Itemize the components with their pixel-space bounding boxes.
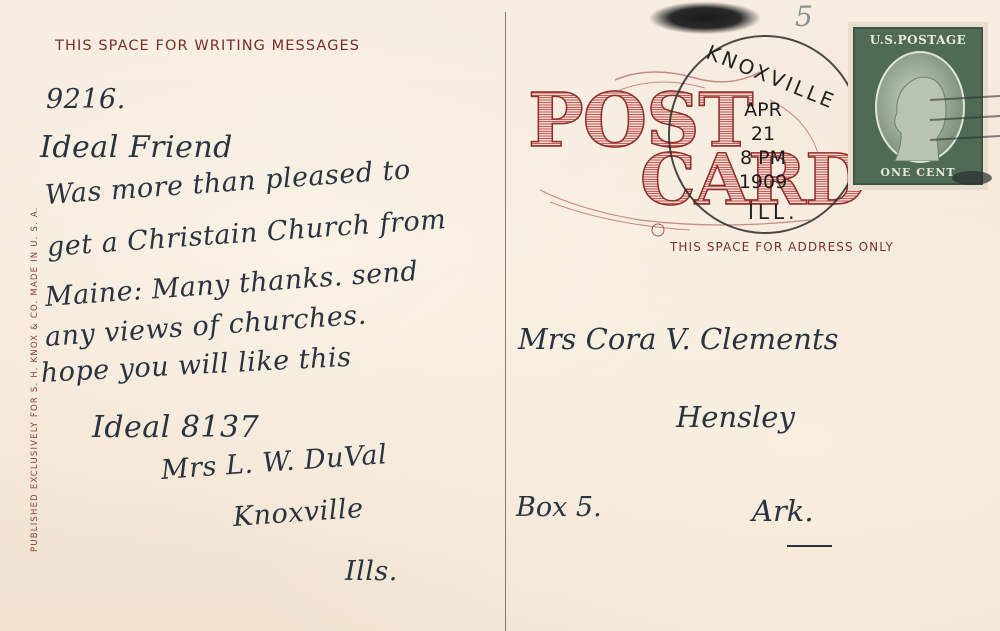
message-line-number: 9216.: [46, 84, 126, 115]
state-underline: [787, 545, 832, 547]
center-divider-line: [505, 12, 506, 631]
signature-name: Mrs L. W. DuVal: [160, 439, 388, 486]
postmark-month: APR: [728, 98, 798, 122]
signature-city: Knoxville: [232, 493, 365, 533]
postmark-state: ILL.: [748, 200, 799, 224]
signature-state: Ills.: [345, 556, 398, 587]
pencil-note: 5: [795, 0, 813, 33]
address-space-header: THIS SPACE FOR ADDRESS ONLY: [670, 240, 894, 254]
recipient-box: Box 5.: [516, 492, 602, 523]
cancellation-lines-icon: [930, 60, 1000, 190]
message-space-header: THIS SPACE FOR WRITING MESSAGES: [55, 38, 360, 54]
message-greeting: Ideal Friend: [40, 130, 233, 165]
postmark-year: 1909: [728, 170, 798, 194]
recipient-town: Hensley: [676, 400, 795, 434]
recipient-name: Mrs Cora V. Clements: [518, 322, 839, 356]
stamp-top-label: U.S.POSTAGE: [855, 33, 981, 47]
message-line: get a Christain Church from: [46, 204, 447, 263]
postmark-day: 21: [728, 122, 798, 146]
postmark-time: 8 PM: [728, 146, 798, 170]
publisher-imprint: PUBLISHED EXCLUSIVELY FOR S. H. KNOX & C…: [30, 206, 40, 552]
postcard: THIS SPACE FOR WRITING MESSAGES PUBLISHE…: [0, 0, 1000, 631]
postmark-date: APR 21 8 PM 1909: [728, 98, 798, 194]
recipient-state: Ark.: [752, 494, 814, 528]
ink-smudge: [650, 2, 760, 34]
signature-ref: Ideal 8137: [92, 410, 259, 445]
